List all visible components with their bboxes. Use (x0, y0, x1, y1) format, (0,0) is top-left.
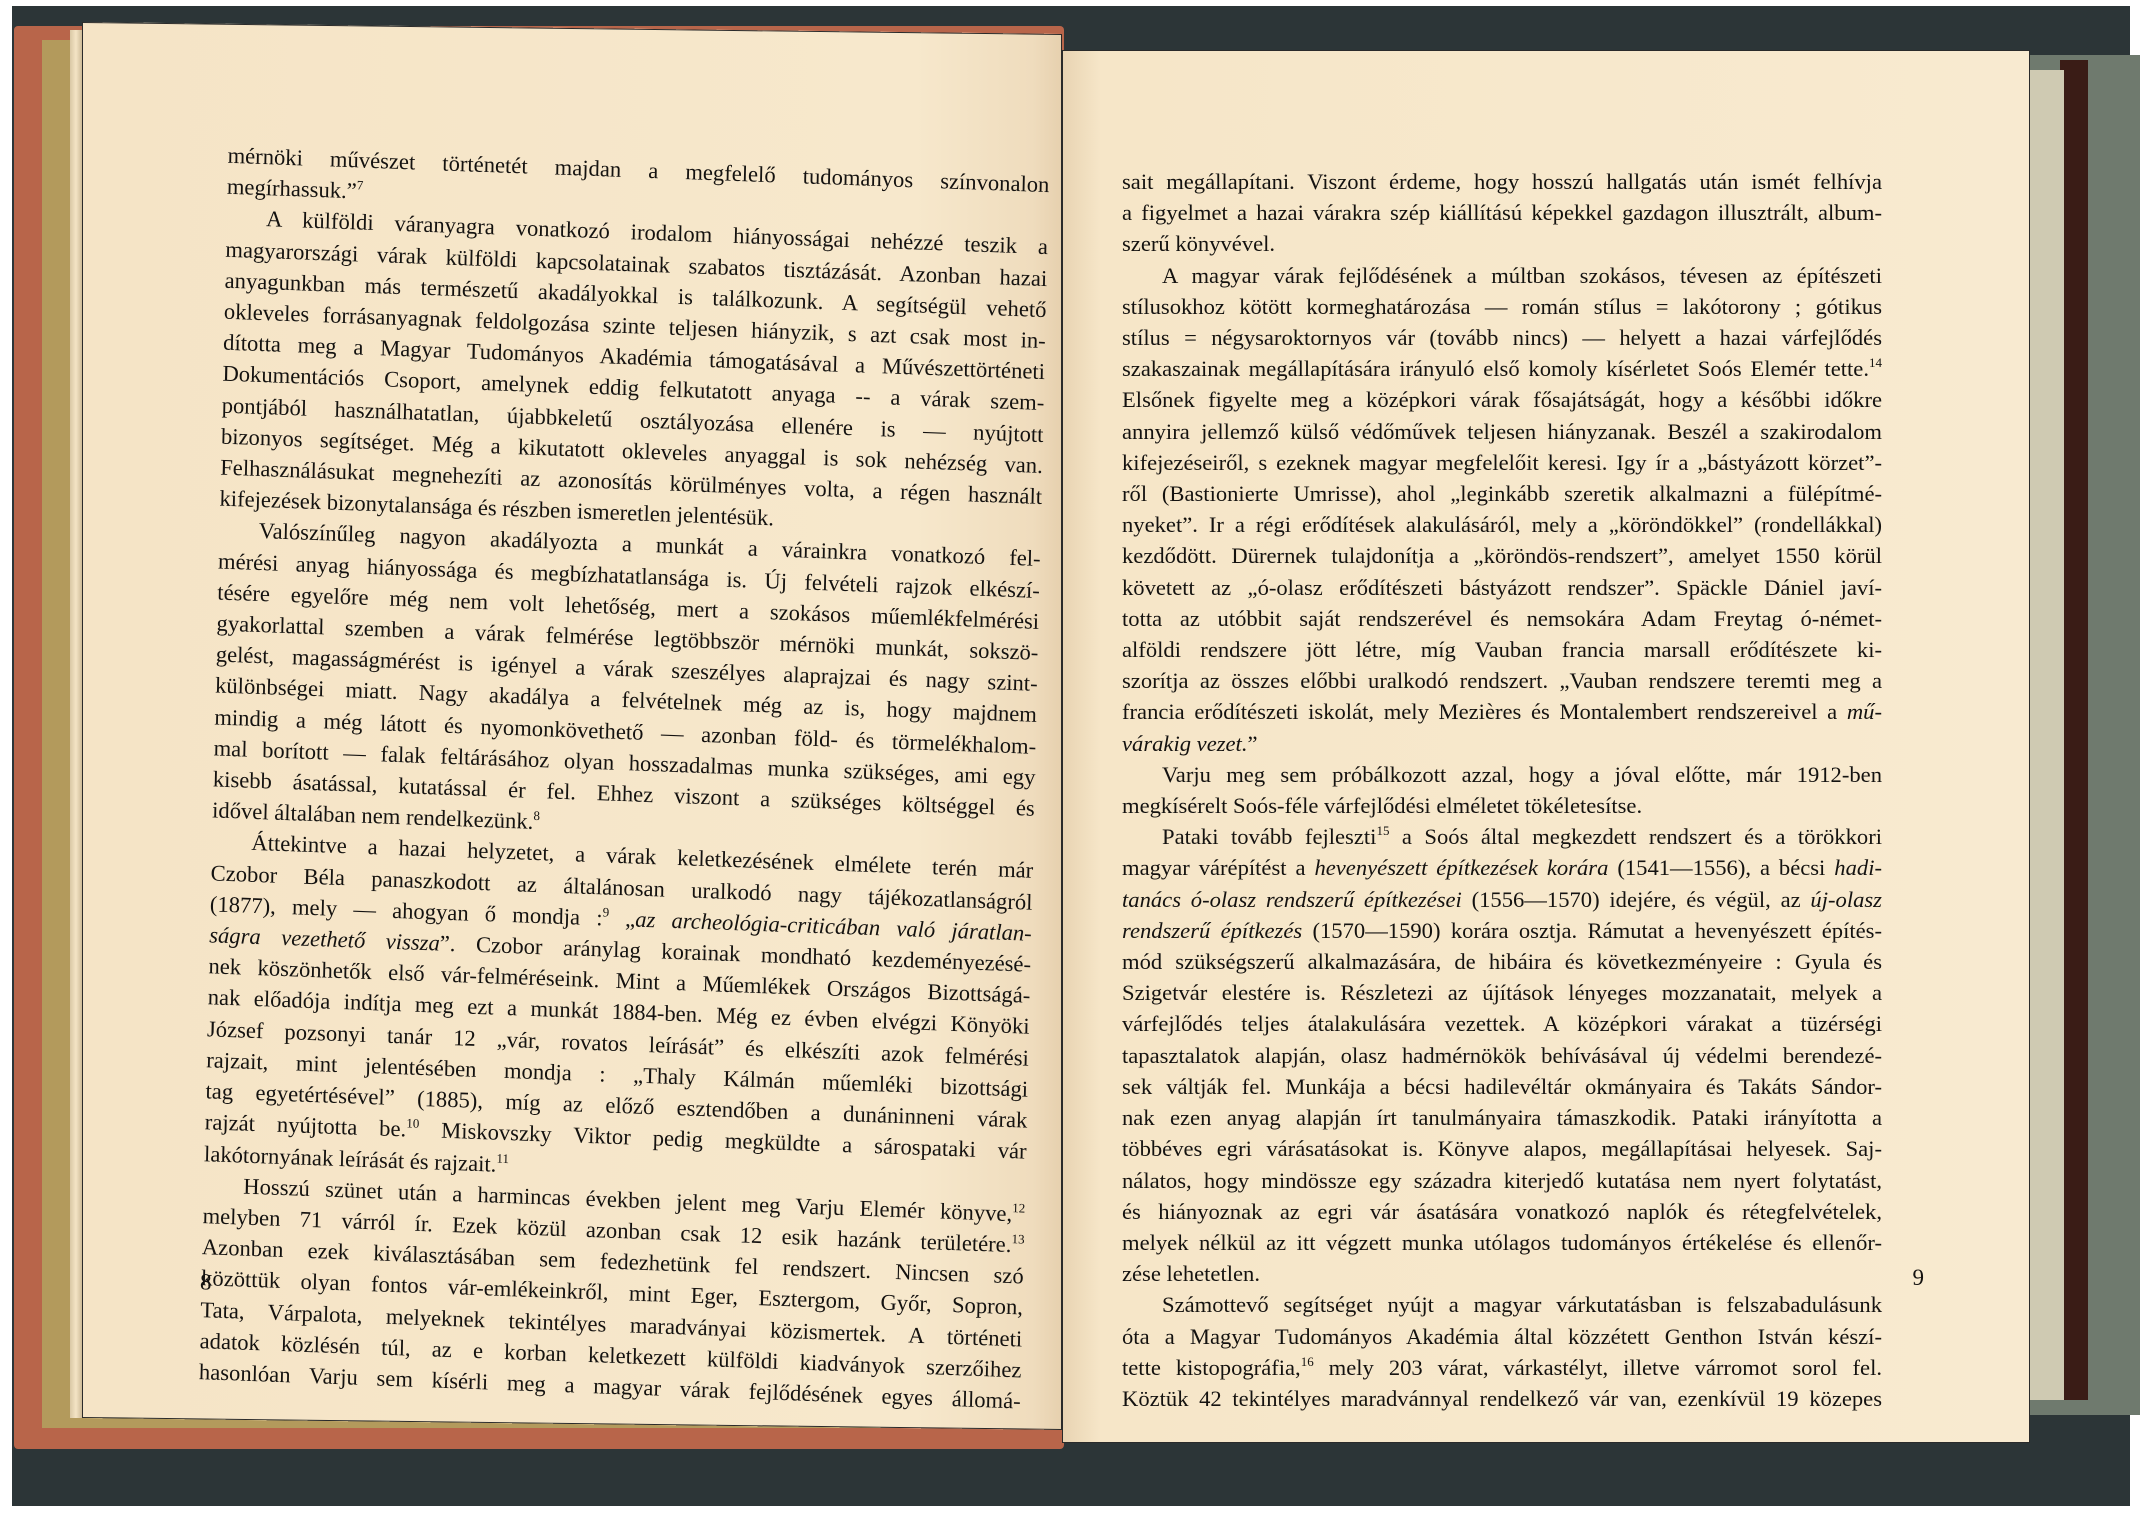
text-line: megkísérelt Soós-féle várfejlődési elmél… (1122, 790, 1882, 821)
text-line: Pataki tovább fejleszti15 a Soós által m… (1122, 821, 1882, 852)
text-line: várfejlődés teljes átalakulására vezette… (1122, 1008, 1882, 1039)
line-text: szakaszainak megállapítására irányuló el… (1122, 356, 1869, 381)
left-page-body-text: mérnöki művészet történetét majdan a meg… (199, 140, 1050, 1417)
line-text: többéves egri várásatásokat is. Könyve a… (1122, 1136, 1882, 1161)
text-line: stílusokhoz kötött kormeghatározása — ro… (1122, 291, 1882, 322)
text-line: ről (Bastionierte Umrisse), ahol „legink… (1122, 478, 1882, 509)
line-text: ” (1247, 731, 1257, 756)
line-text: zése lehetetlen. (1122, 1261, 1260, 1286)
line-text: Pataki tovább fejleszti (1162, 824, 1376, 849)
footnote-marker: 8 (533, 808, 540, 823)
text-line: kezdődött. Dürernek tulajdonítja a „körö… (1122, 540, 1882, 571)
text-line: kifejezéseiről, s ezeknek magyar megfele… (1122, 447, 1882, 478)
italic-phrase: hadi- (1834, 855, 1882, 880)
text-line: totta az utóbbit saját rendszerével és n… (1122, 603, 1882, 634)
line-text: ről (Bastionierte Umrisse), ahol „legink… (1122, 481, 1882, 506)
footnote-marker: 13 (1011, 1231, 1024, 1246)
line-text: (1541—1556), a bécsi (1608, 855, 1834, 880)
text-line: Elsőnek figyelte meg a középkori várak f… (1122, 384, 1882, 415)
right-page-body-text: sait megállapítani. Viszont érdeme, hogy… (1122, 166, 1882, 1414)
footnote-marker: 11 (496, 1150, 509, 1165)
italic-phrase: mű- (1847, 699, 1882, 724)
line-text: követett az „ó-olasz erődítészeti bástyá… (1122, 575, 1882, 600)
italic-phrase: ságra vezethető vissza (209, 922, 440, 955)
footnote-marker: 7 (357, 178, 364, 193)
page-number-left: 8 (200, 1269, 212, 1295)
line-text: Köztük 42 tekintélyes maradvánnyal rende… (1122, 1386, 1882, 1411)
italic-phrase: új-olasz (1810, 887, 1882, 912)
text-line: sek váltják fel. Munkája a bécsi hadilev… (1122, 1071, 1882, 1102)
line-text: francia erődítészeti iskolát, mely Meziè… (1122, 699, 1847, 724)
line-text: megírhassuk.” (227, 174, 357, 204)
line-text: mód szükségszerű alkalmazására, de hibái… (1122, 949, 1882, 974)
line-text: melyek nélkül az itt végzett munka utóla… (1122, 1230, 1882, 1255)
text-line: többéves egri várásatásokat is. Könyve a… (1122, 1133, 1882, 1164)
book-cover-right-edge (2060, 60, 2088, 1400)
text-line: zése lehetetlen. (1122, 1258, 1882, 1289)
line-text: magyar várépítést a (1122, 855, 1314, 880)
text-line: francia erődítészeti iskolát, mely Meziè… (1122, 696, 1882, 727)
line-text: kezdődött. Dürernek tulajdonítja a „körö… (1122, 543, 1882, 568)
line-text: sait megállapítani. Viszont érdeme, hogy… (1122, 169, 1882, 194)
line-text: alföldi rendszere jött létre, míg Vauban… (1122, 637, 1882, 662)
line-text: A magyar várak fejlődésének a múltban sz… (1162, 263, 1882, 288)
line-text: Elsőnek figyelte meg a középkori várak f… (1122, 387, 1882, 412)
footnote-marker: 10 (406, 1116, 419, 1131)
line-text: mely 203 várat, várkastélyt, illetve vár… (1314, 1355, 1882, 1380)
text-line: mód szükségszerű alkalmazására, de hibái… (1122, 946, 1882, 977)
text-line: tanács ó-olasz rendszerű építkezései (15… (1122, 884, 1882, 915)
line-text: (1556—1570) idejére, és végül, az (1462, 887, 1811, 912)
text-line: Köztük 42 tekintélyes maradvánnyal rende… (1122, 1383, 1882, 1414)
line-text: és hiányoznak az egri vár ásatására vona… (1122, 1199, 1882, 1224)
line-text: annyira jellemző külső védőművek teljese… (1122, 419, 1882, 444)
italic-phrase: várakig vezet. (1122, 731, 1247, 756)
italic-phrase: tanács ó-olasz rendszerű építkezései (1122, 887, 1462, 912)
text-line: annyira jellemző külső védőművek teljese… (1122, 416, 1882, 447)
text-line: alföldi rendszere jött létre, míg Vauban… (1122, 634, 1882, 665)
text-line: várakig vezet.” (1122, 728, 1882, 759)
text-line: A magyar várak fejlődésének a múltban sz… (1122, 260, 1882, 291)
text-line: nálatos, hogy mindössze egy századra kit… (1122, 1165, 1882, 1196)
text-line: melyek nélkül az itt végzett munka utóla… (1122, 1227, 1882, 1258)
text-line: sait megállapítani. Viszont érdeme, hogy… (1122, 166, 1882, 197)
text-line: magyar várépítést a hevenyészett építkez… (1122, 852, 1882, 883)
line-text: „ (609, 906, 636, 932)
text-line: rendszerű építkezés (1570—1590) korára o… (1122, 915, 1882, 946)
text-line: Számottevő segítséget nyújt a magyar vár… (1122, 1289, 1882, 1320)
text-line: a figyelmet a hazai várakra szép kiállít… (1122, 197, 1882, 228)
line-text: nálatos, hogy mindössze egy századra kit… (1122, 1168, 1882, 1193)
line-text: nak ezen anyag alapján írt tanulmányaira… (1122, 1105, 1882, 1130)
line-text: a figyelmet a hazai várakra szép kiállít… (1122, 200, 1882, 225)
line-text: rajzát nyújtotta be. (205, 1110, 407, 1142)
text-line: tette kistopográfia,16 mely 203 várat, v… (1122, 1352, 1882, 1383)
footnote-marker: 14 (1869, 355, 1882, 370)
line-text: várfejlődés teljes átalakulására vezette… (1122, 1011, 1882, 1036)
line-text: sek váltják fel. Munkája a bécsi hadilev… (1122, 1074, 1882, 1099)
line-text: totta az utóbbit saját rendszerével és n… (1122, 606, 1882, 631)
text-line: óta a Magyar Tudományos Akadémia által k… (1122, 1321, 1882, 1352)
footnote-marker: 12 (1012, 1200, 1025, 1215)
text-line: nyeket”. Ir a régi erődítések alakulásár… (1122, 509, 1882, 540)
italic-phrase: hevenyészett építkezések korára (1314, 855, 1608, 880)
line-text: szerű könyvével. (1122, 231, 1275, 256)
right-page: sait megállapítani. Viszont érdeme, hogy… (1062, 50, 2030, 1443)
line-text: nyeket”. Ir a régi erődítések alakulásár… (1122, 512, 1882, 537)
text-line: szerű könyvével. (1122, 228, 1882, 259)
text-line: Szigetvár elestére is. Részletezi az újí… (1122, 977, 1882, 1008)
page-number-right: 9 (1913, 1265, 1925, 1291)
line-text: tapasztalatok alapján, olasz hadmérnökök… (1122, 1043, 1882, 1068)
line-text: megkísérelt Soós-féle várfejlődési elmél… (1122, 793, 1642, 818)
text-line: Varju meg sem próbálkozott azzal, hogy a… (1122, 759, 1882, 790)
line-text: stílus = négysaroktornyos vár (tovább ni… (1122, 325, 1882, 350)
line-text: stílusokhoz kötött kormeghatározása — ro… (1122, 294, 1882, 319)
line-text: Számottevő segítséget nyújt a magyar vár… (1162, 1292, 1882, 1317)
page-block-right (2028, 70, 2064, 1400)
line-text: a Soós által megkezdett rendszert és a t… (1389, 824, 1882, 849)
text-line: és hiányoznak az egri vár ásatására vona… (1122, 1196, 1882, 1227)
line-text: óta a Magyar Tudományos Akadémia által k… (1122, 1324, 1882, 1349)
text-line: nak ezen anyag alapján írt tanulmányaira… (1122, 1102, 1882, 1133)
text-line: szakaszainak megállapítására irányuló el… (1122, 353, 1882, 384)
line-text: szorítja az összes előbbi uralkodó rends… (1122, 668, 1882, 693)
footnote-marker: 15 (1376, 823, 1389, 838)
italic-phrase: rendszerű építkezés (1122, 918, 1302, 943)
left-page: mérnöki művészet történetét majdan a meg… (82, 22, 1062, 1430)
line-text: (1570—1590) korára osztja. Rámutat a hev… (1302, 918, 1882, 943)
line-text: Szigetvár elestére is. Részletezi az újí… (1122, 980, 1882, 1005)
text-line: szorítja az összes előbbi uralkodó rends… (1122, 665, 1882, 696)
line-text: Varju meg sem próbálkozott azzal, hogy a… (1162, 762, 1882, 787)
text-line: követett az „ó-olasz erődítészeti bástyá… (1122, 572, 1882, 603)
footnote-marker: 16 (1301, 1354, 1314, 1369)
line-text: kifejezéseiről, s ezeknek magyar megfele… (1122, 450, 1882, 475)
text-line: tapasztalatok alapján, olasz hadmérnökök… (1122, 1040, 1882, 1071)
line-text: tette kistopográfia, (1122, 1355, 1301, 1380)
text-line: stílus = négysaroktornyos vár (tovább ni… (1122, 322, 1882, 353)
